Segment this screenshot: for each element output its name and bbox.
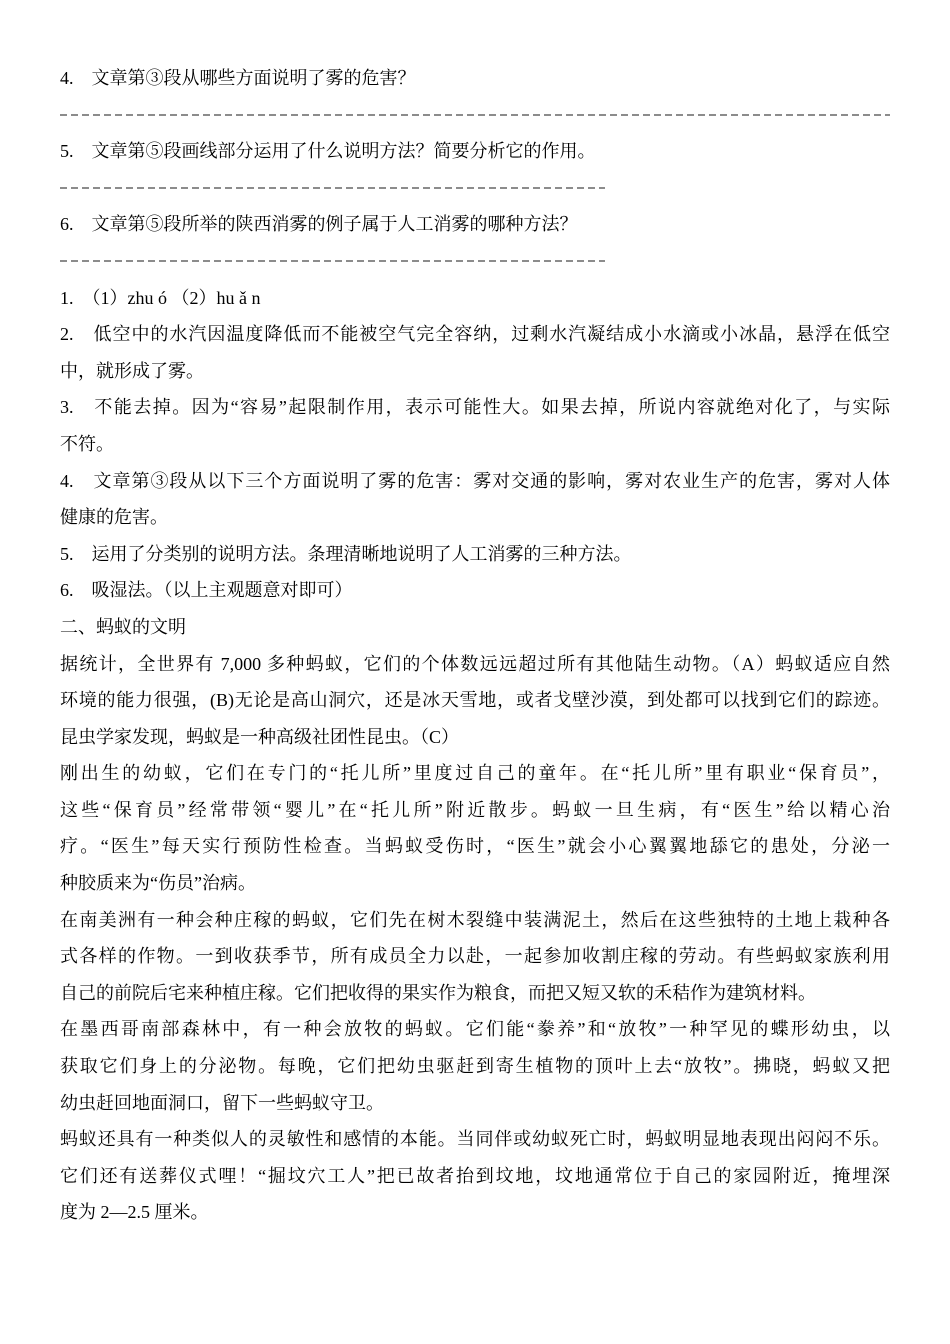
paragraph-line: 获取它们身上的分泌物。每晚，它们把幼虫驱赶到寄生植物的顶叶上去“放牧”。拂晓，蚂… (60, 1048, 890, 1085)
answer-line: 2. 低空中的水汽因温度降低而不能被空气完全容纳，过剩水汽凝结成小水滴或小冰晶，… (60, 316, 890, 353)
paragraph-line: 昆虫学家发现，蚂蚁是一种高级社团性昆虫。（C） (60, 719, 890, 756)
paragraph-line: 式各样的作物。一到收获季节，所有成员全力以赴，一起参加收割庄稼的劳动。有些蚂蚁家… (60, 938, 890, 975)
paragraph-line: 在墨西哥南部森林中，有一种会放牧的蚂蚁。它们能“豢养”和“放牧”一种罕见的蝶形幼… (60, 1011, 890, 1048)
answer-blank-line (60, 243, 890, 280)
dashed-answer-rule (60, 114, 890, 116)
paragraph-line: 它们还有送葬仪式哩！“掘坟穴工人”把已故者抬到坟地，坟地通常位于自己的家园附近，… (60, 1158, 890, 1195)
paragraph-line: 在南美洲有一种会种庄稼的蚂蚁，它们先在树木裂缝中装满泥土，然后在这些独特的土地上… (60, 902, 890, 939)
paragraph-line: 种胶质来为“伤员”治病。 (60, 865, 890, 902)
paragraph-line: 疗。“医生”每天实行预防性检查。当蚂蚁受伤时，“医生”就会小心翼翼地舔它的患处，… (60, 828, 890, 865)
answer-line: 不符。 (60, 426, 890, 463)
question-line: 6. 文章第⑤段所举的陕西消雾的例子属于人工消雾的哪种方法？ (60, 206, 890, 243)
dashed-answer-rule (60, 187, 605, 189)
answer-blank-line (60, 170, 890, 207)
paragraph-line: 幼虫赶回地面洞口，留下一些蚂蚁守卫。 (60, 1085, 890, 1122)
question-line: 5. 文章第⑤段画线部分运用了什么说明方法？简要分析它的作用。 (60, 133, 890, 170)
paragraph-line: 度为 2—2.5 厘米。 (60, 1194, 890, 1231)
paragraph-line: 这些“保育员”经常带领“婴儿”在“托儿所”附近散步。蚂蚁一旦生病，有“医生”给以… (60, 792, 890, 829)
answer-line: 5. 运用了分类别的说明方法。条理清晰地说明了人工消雾的三种方法。 (60, 536, 890, 573)
dashed-answer-rule (60, 260, 605, 262)
answer-line: 中，就形成了雾。 (60, 353, 890, 390)
answer-line: 3. 不能去掉。因为“容易”起限制作用，表示可能性大。如果去掉，所说内容就绝对化… (60, 389, 890, 426)
answer-line: 1. （1）zhu ó （2）hu ǎ n (60, 280, 890, 317)
document-lines: 4. 文章第③段从哪些方面说明了雾的危害？5. 文章第⑤段画线部分运用了什么说明… (60, 60, 890, 1231)
answer-blank-line (60, 97, 890, 134)
paragraph-line: 蚂蚁还具有一种类似人的灵敏性和感情的本能。当同伴或幼蚁死亡时，蚂蚁明显地表现出闷… (60, 1121, 890, 1158)
paragraph-line: 刚出生的幼蚁，它们在专门的“托儿所”里度过自己的童年。在“托儿所”里有职业“保育… (60, 755, 890, 792)
paragraph-line: 环境的能力很强，(B)无论是高山洞穴，还是冰天雪地，或者戈壁沙漠，到处都可以找到… (60, 682, 890, 719)
document-page: 4. 文章第③段从哪些方面说明了雾的危害？5. 文章第⑤段画线部分运用了什么说明… (0, 0, 950, 1344)
answer-line: 4. 文章第③段从以下三个方面说明了雾的危害：雾对交通的影响，雾对农业生产的危害… (60, 463, 890, 500)
question-line: 4. 文章第③段从哪些方面说明了雾的危害？ (60, 60, 890, 97)
answer-line: 健康的危害。 (60, 499, 890, 536)
answer-line: 6. 吸湿法。（以上主观题意对即可） (60, 572, 890, 609)
paragraph-line: 自己的前院后宅来种植庄稼。它们把收得的果实作为粮食，而把又短又软的禾秸作为建筑材… (60, 975, 890, 1012)
paragraph-line: 据统计，全世界有 7,000 多种蚂蚁，它们的个体数远远超过所有其他陆生动物。（… (60, 646, 890, 683)
section-title: 二、蚂蚁的文明 (60, 609, 890, 646)
